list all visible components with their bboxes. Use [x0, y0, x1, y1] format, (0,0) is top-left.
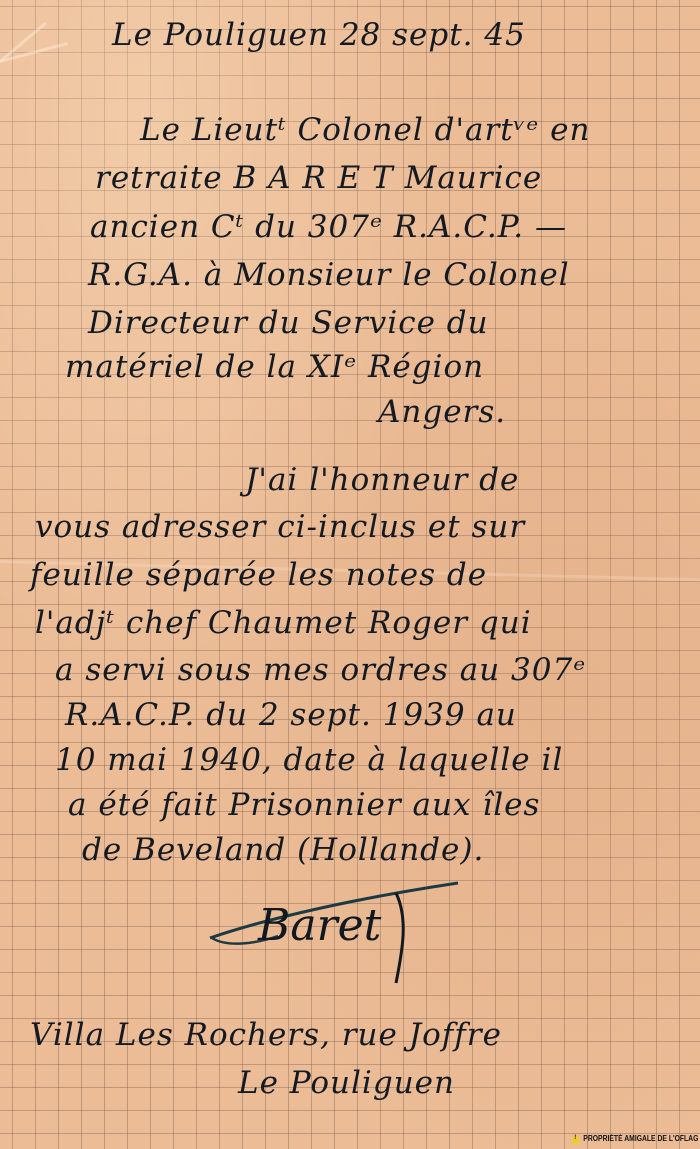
addressing-line: ancien Cᵗ du 307ᵉ R.A.C.P. —: [90, 212, 567, 243]
body-line: J'ai l'honneur de: [245, 465, 519, 496]
addressing-line: R.G.A. à Monsieur le Colonel: [88, 260, 570, 291]
body-line: 10 mai 1940, date à laquelle il: [55, 745, 563, 776]
body-line: feuille séparée les notes de: [30, 560, 487, 591]
body-line: vous adresser ci-inclus et sur: [35, 512, 525, 543]
footer-address-line: Villa Les Rochers, rue Joffre: [30, 1020, 502, 1051]
addressing-city: Angers.: [378, 397, 506, 428]
signature-text: Baret: [258, 900, 381, 951]
ownership-watermark: PROPRIÉTÉ AMIGALE DE L'OFLAG: [571, 1134, 698, 1143]
addressing-line: matériel de la XIᵉ Région: [65, 352, 484, 383]
body-line: de Beveland (Hollande).: [82, 835, 484, 866]
addressing-line: retraite B A R E T Maurice: [95, 163, 542, 194]
body-line: a servi sous mes ordres au 307ᵉ: [55, 655, 586, 686]
letter-place-date: Le Pouliguen 28 sept. 45: [112, 20, 526, 51]
body-line: l'adjᵗ chef Chaumet Roger qui: [35, 608, 532, 639]
body-line: R.A.C.P. du 2 sept. 1939 au: [65, 700, 517, 731]
addressing-line: Le Lieutᵗ Colonel d'artᵛᵉ en: [140, 115, 590, 146]
warning-icon: [571, 1134, 580, 1143]
footer-address-line: Le Pouliguen: [238, 1068, 455, 1099]
letter-page: Le Pouliguen 28 sept. 45 Le Lieutᵗ Colon…: [0, 0, 700, 1149]
watermark-text: PROPRIÉTÉ AMIGALE DE L'OFLAG: [583, 1134, 698, 1143]
addressing-line: Directeur du Service du: [88, 308, 489, 339]
body-line: a été fait Prisonnier aux îles: [68, 790, 540, 821]
signature: Baret: [208, 878, 468, 988]
